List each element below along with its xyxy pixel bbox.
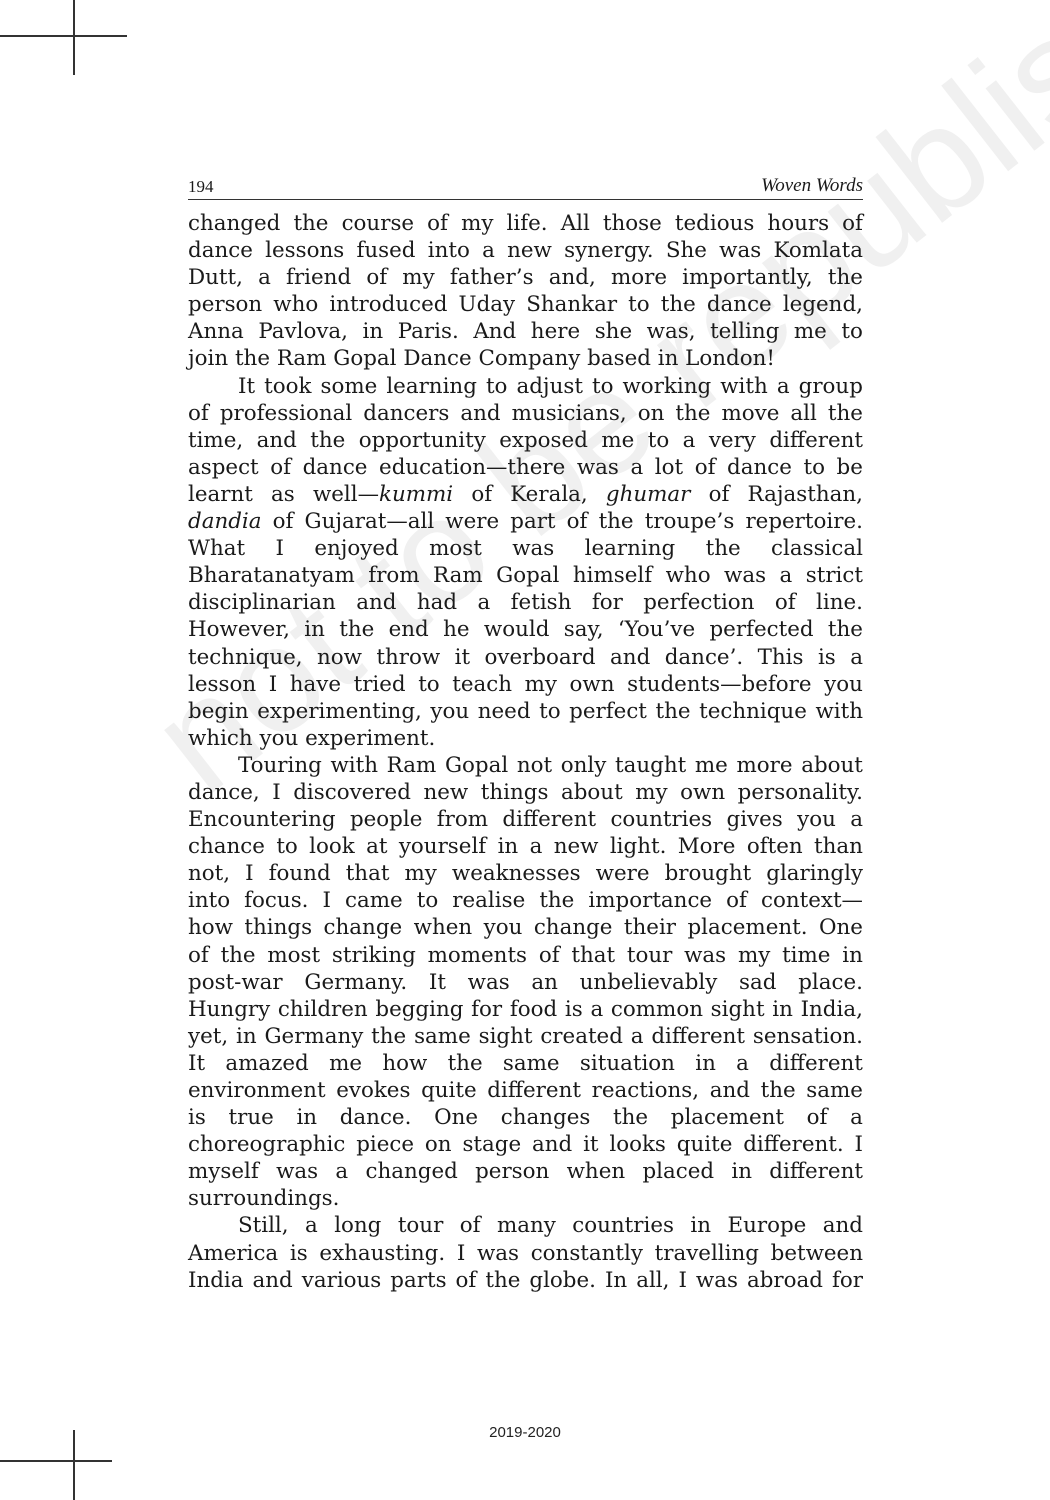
text-line: lesson I have tried to teach my own stud… <box>188 671 863 698</box>
text-line: myself was a changed person when placed … <box>188 1158 863 1185</box>
text-line: of professional dancers and musicians, o… <box>188 400 863 427</box>
page-number: 194 <box>188 177 214 197</box>
text-line: technique, now throw it overboard and da… <box>188 644 863 671</box>
crop-mark-bottom-left-horizontal <box>0 1460 112 1462</box>
running-header: 194 Woven Words <box>188 175 863 200</box>
text-line: how things change when you change their … <box>188 914 863 941</box>
text-line: of the most striking moments of that tou… <box>188 942 863 969</box>
text-line: It amazed me how the same situation in a… <box>188 1050 863 1077</box>
crop-mark-top-left-horizontal <box>0 35 127 37</box>
text-line: post-war Germany. It was an unbelievably… <box>188 969 863 996</box>
text-line: not, I found that my weaknesses were bro… <box>188 860 863 887</box>
text-line: choreographic piece on stage and it look… <box>188 1131 863 1158</box>
text-line: dance lessons fused into a new synergy. … <box>188 237 863 264</box>
text-line: into focus. I came to realise the import… <box>188 887 863 914</box>
text-line: yet, in Germany the same sight created a… <box>188 1023 863 1050</box>
text-line: aspect of dance education—there was a lo… <box>188 454 863 481</box>
text-line: disciplinarian and had a fetish for perf… <box>188 589 863 616</box>
paragraph: Touring with Ram Gopal not only taught m… <box>188 752 863 1213</box>
text-line: Still, a long tour of many countries in … <box>188 1212 863 1239</box>
text-line: Touring with Ram Gopal not only taught m… <box>188 752 863 779</box>
text-line: What I enjoyed most was learning the cla… <box>188 535 863 562</box>
text-line: America is exhausting. I was constantly … <box>188 1240 863 1267</box>
text-line: begin experimenting, you need to perfect… <box>188 698 863 725</box>
text-line: Encountering people from different count… <box>188 806 863 833</box>
text-line: person who introduced Uday Shankar to th… <box>188 291 863 318</box>
footer-year: 2019-2020 <box>0 1424 1050 1441</box>
text-line: Hungry children begging for food is a co… <box>188 996 863 1023</box>
text-line: chance to look at yourself in a new ligh… <box>188 833 863 860</box>
book-title: Woven Words <box>761 175 863 197</box>
text-line: time, and the opportunity exposed me to … <box>188 427 863 454</box>
text-line: is true in dance. One changes the placem… <box>188 1104 863 1131</box>
text-line: Dutt, a friend of my father’s and, more … <box>188 264 863 291</box>
text-line: India and various parts of the globe. In… <box>188 1267 863 1294</box>
text-line: surroundings. <box>188 1185 863 1212</box>
text-line: Anna Pavlova, in Paris. And here she was… <box>188 318 863 345</box>
text-line: learnt as well—kummi of Kerala, ghumar o… <box>188 481 863 508</box>
text-line: It took some learning to adjust to worki… <box>188 373 863 400</box>
text-line: However, in the end he would say, ‘You’v… <box>188 616 863 643</box>
text-line: dandia of Gujarat—all were part of the t… <box>188 508 863 535</box>
text-line: join the Ram Gopal Dance Company based i… <box>188 345 863 372</box>
paragraph: changed the course of my life. All those… <box>188 210 863 373</box>
text-line: environment evokes quite different react… <box>188 1077 863 1104</box>
text-line: Bharatanatyam from Ram Gopal himself who… <box>188 562 863 589</box>
body-text: changed the course of my life. All those… <box>188 210 863 1294</box>
paragraph: It took some learning to adjust to worki… <box>188 373 863 752</box>
text-line: changed the course of my life. All those… <box>188 210 863 237</box>
text-line: which you experiment. <box>188 725 863 752</box>
crop-mark-top-left-vertical <box>73 0 75 75</box>
text-line: dance, I discovered new things about my … <box>188 779 863 806</box>
paragraph: Still, a long tour of many countries in … <box>188 1212 863 1293</box>
